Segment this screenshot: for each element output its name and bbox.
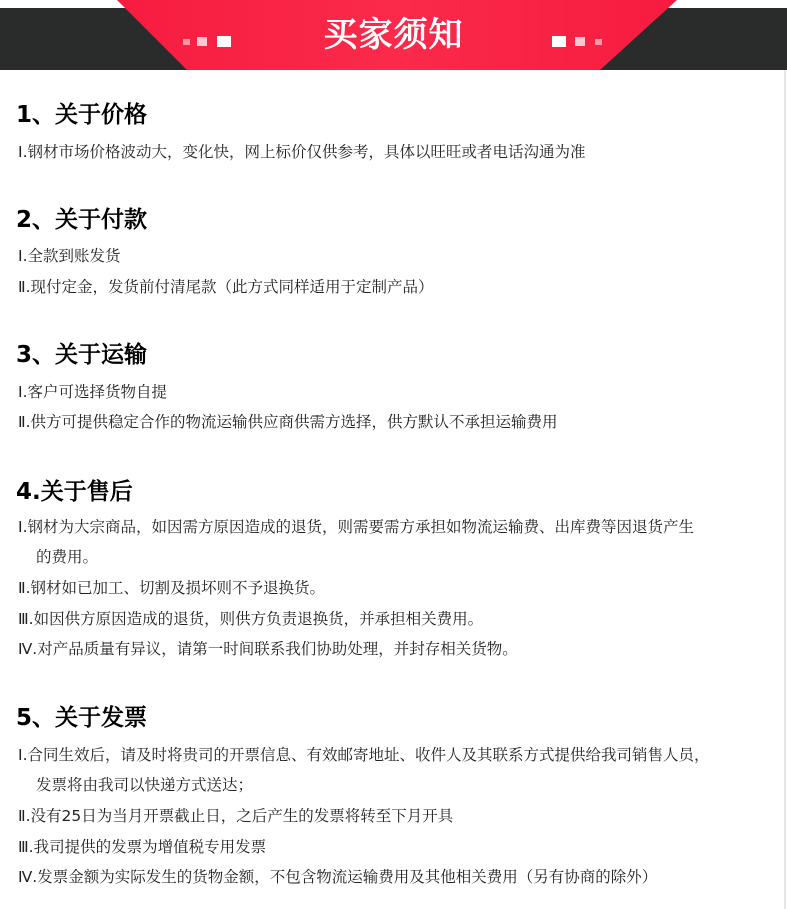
header-banner: 买家须知 — [0, 0, 787, 70]
section-heading: 3、关于运输 — [16, 340, 147, 370]
section-line: Ⅱ.供方可提供稳定合作的物流运输供应商供需方选择，供方默认不承担运输费用 — [18, 411, 558, 433]
section-line: Ⅰ.全款到账发货 — [18, 245, 121, 267]
section-heading: 5、关于发票 — [16, 703, 147, 733]
section-line: Ⅰ.钢材为大宗商品，如因需方原因造成的退货，则需要需方承担如物流运输费、出库费等… — [18, 516, 694, 538]
section-line: Ⅱ.现付定金，发货前付清尾款（此方式同样适用于定制产品） — [18, 276, 434, 298]
section-line-continuation: 的费用。 — [36, 546, 98, 568]
section-line: Ⅰ.钢材市场价格波动大，变化快，网上标价仅供参考，具体以旺旺或者电话沟通为准 — [18, 141, 586, 163]
section-line: Ⅰ.合同生效后，请及时将贵司的开票信息、有效邮寄地址、收件人及其联系方式提供给我… — [18, 744, 710, 766]
section-line: Ⅳ.对产品质量有异议，请第一时间联系我们协助处理，并封存相关货物。 — [18, 638, 518, 660]
section-line: Ⅱ.没有25日为当月开票截止日，之后产生的发票将转至下月开具 — [18, 805, 453, 827]
page-title: 买家须知 — [0, 13, 787, 57]
section-line: Ⅲ.如因供方原因造成的退货，则供方负责退换货，并承担相关费用。 — [18, 608, 483, 630]
section-line: Ⅱ.钢材如已加工、切割及损坏则不予退换货。 — [18, 577, 325, 599]
section-heading: 4.关于售后 — [16, 477, 133, 507]
section-heading: 2、关于付款 — [16, 205, 147, 235]
section-heading: 1、关于价格 — [16, 100, 147, 130]
section-line-continuation: 发票将由我司以快递方式送达； — [36, 774, 253, 796]
section-line: Ⅰ.客户可选择货物自提 — [18, 381, 167, 403]
page-border — [784, 70, 786, 909]
section-line: Ⅲ.我司提供的发票为增值税专用发票 — [18, 836, 266, 858]
section-line: Ⅳ.发票金额为实际发生的货物金额，不包含物流运输费用及其他相关费用（另有协商的除… — [18, 866, 657, 888]
